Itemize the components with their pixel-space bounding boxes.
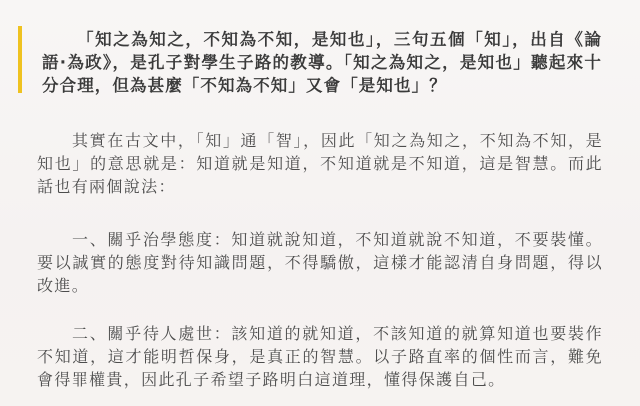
interpretation-study-paragraph: 一、關乎治學態度：知道就說知道，不知道就說不知道，不要裝懂。要以誠實的態度對待知… bbox=[37, 228, 603, 297]
interpretation-conduct-paragraph: 二、關乎待人處世：該知道的就知道，不該知道的就算知道也要裝作不知道，這才能明哲保… bbox=[37, 322, 603, 391]
explanation-paragraph: 其實在古文中，「知」通「智」，因此「知之為知之，不知為不知，是知也」的意思就是：… bbox=[37, 129, 603, 198]
quote-accent-bar bbox=[18, 26, 22, 93]
intro-quote-text: 「知之為知之，不知為不知，是知也」，三句五個「知」，出自《論語·為政》，是孔子對… bbox=[42, 28, 602, 97]
intro-quote-block: 「知之為知之，不知為不知，是知也」，三句五個「知」，出自《論語·為政》，是孔子對… bbox=[18, 26, 608, 93]
